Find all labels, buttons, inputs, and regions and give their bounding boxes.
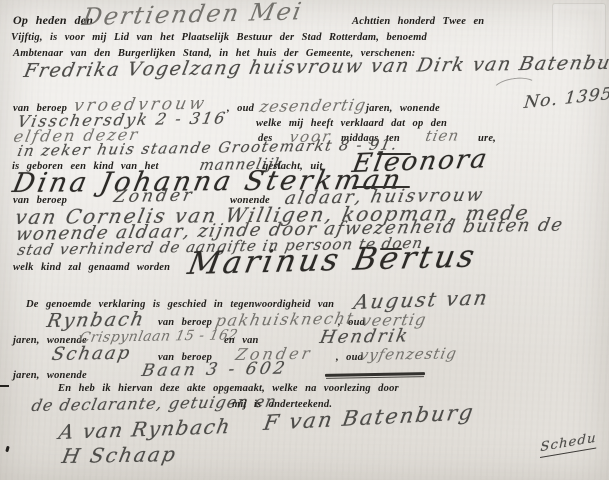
form-label-beroep-3: van beroep	[158, 317, 212, 328]
hw-date: Dertienden Mei	[80, 0, 305, 31]
form-text-welk-kind: welk kind zal genaamd worden	[13, 262, 170, 273]
birth-certificate-scan: Op heden den Dertienden Mei Achttien hon…	[0, 0, 609, 480]
hw-witness2-address: Baan 3 - 602	[140, 358, 289, 381]
form-label-ure: ure,	[478, 133, 496, 144]
hw-declarant-age: zesendertig	[258, 95, 368, 116]
signature-witness2: H Schaap	[60, 442, 179, 468]
form-text-achttien-honderd: Achttien honderd Twee en	[352, 16, 484, 27]
margin-verification-mark: Schedu	[540, 431, 597, 458]
filler-dash-4	[325, 372, 425, 377]
form-label-jaren-wonende-3: jaren, wonende	[13, 370, 87, 381]
hw-witness2-lastname: Schaap	[50, 343, 133, 365]
hw-birth-hour: tien	[424, 126, 461, 145]
form-label-jaren-wonende-1: jaren, wonende	[366, 103, 440, 114]
form-text-vijftig-rotterdam: Vijftig, is voor mij Lid van het Plaatse…	[11, 32, 427, 43]
signature-witness1: A van Rynbach	[57, 414, 233, 444]
hw-child-name: Marinus Bertus	[185, 239, 480, 282]
form-text-verklaring: De genoemde verklaring is geschied in te…	[26, 299, 334, 310]
scan-artifact-left-dash	[0, 385, 9, 387]
scan-artifact-left-mark	[5, 446, 9, 453]
form-text-welke-mij: welke mij heeft verklaard dat op den	[256, 118, 447, 129]
hw-witness2-age: vyfenzestig	[358, 344, 459, 364]
form-label-oud-1: , oud	[227, 103, 254, 114]
